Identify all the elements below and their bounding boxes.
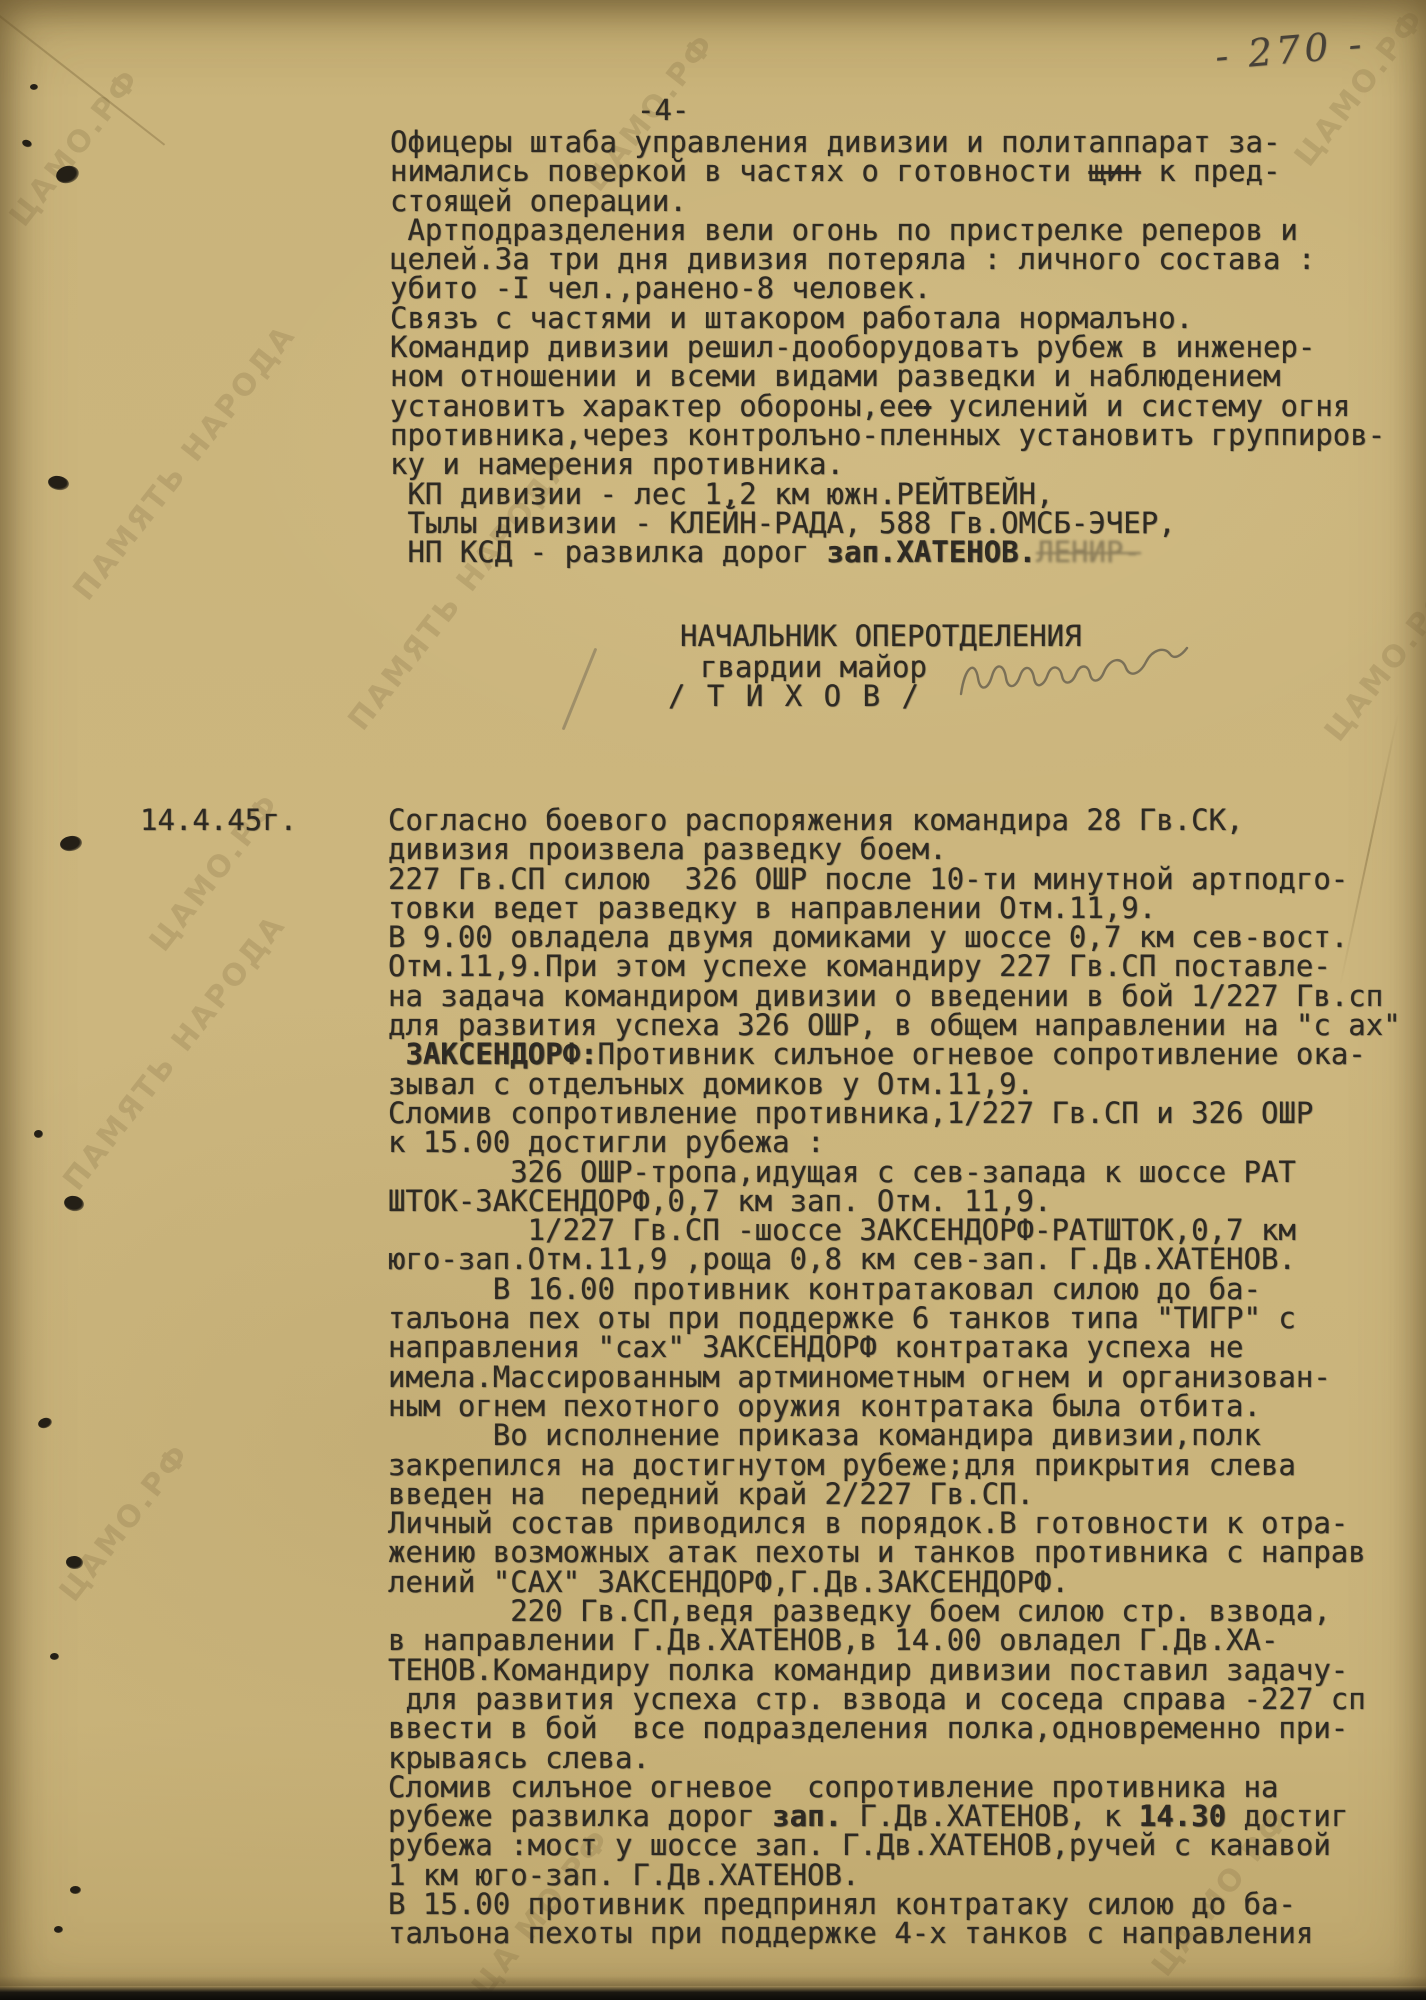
typed-line: стоящей операции. — [390, 187, 1385, 216]
typed-line: В 15.00 противник предпринял контратаку … — [388, 1890, 1401, 1919]
typed-line: установитъ характер обороны,еео усилений… — [390, 392, 1385, 421]
typed-line: Согласно боевого распоряжения командира … — [388, 806, 1401, 835]
typed-line: в направлении Г.Дв.ХАТЕНОВ,в 14.00 овлад… — [388, 1626, 1401, 1655]
pencil-mark — [562, 648, 598, 731]
archive-watermark: ЦАМО.РФ — [1318, 577, 1426, 749]
ink-blot — [70, 1886, 81, 1894]
typed-line: дивизия произвела разведку боем. — [388, 835, 1401, 864]
typed-line: 227 Гв.СП силою 326 ОШР после 10-ти мину… — [388, 865, 1401, 894]
typed-line: Офицеры штаба управления дивизии и полит… — [390, 128, 1385, 157]
ink-blot — [63, 1194, 86, 1213]
ink-blot — [34, 1130, 43, 1138]
typed-line: В 16.00 противник контратаковал силою до… — [388, 1275, 1401, 1304]
ink-blot — [30, 84, 38, 90]
entry-date: 14.4.45г. — [140, 806, 297, 835]
handwritten-page-number: - 270 - — [1213, 22, 1367, 79]
typed-line: рубеже развилка дорог зап. Г.Дв.ХАТЕНОВ,… — [388, 1802, 1401, 1831]
scanned-document-page: ЦАМО.РФЦАМО.РФЦАМО.РФПАМЯТЬ НАРОДАПАМЯТЬ… — [0, 0, 1426, 2000]
typed-line: 1 км юго-зап. Г.Дв.ХАТЕНОВ. — [388, 1861, 1401, 1890]
typed-line: 326 ОШР-тропа,идущая с сев-запада к шосс… — [388, 1158, 1401, 1187]
typed-line: Отм.11,9.При этом успехе командиру 227 Г… — [388, 952, 1401, 981]
ink-blot — [47, 474, 70, 491]
archive-watermark: ЦАМО.РФ — [3, 62, 148, 234]
signature-name: / Т И Х О В / — [668, 682, 921, 711]
typed-line: Связъ с частями и штакором работала норм… — [390, 304, 1385, 333]
typed-line: Артподразделения вели огонь по пристрелк… — [390, 216, 1385, 245]
ink-blot — [37, 1416, 53, 1430]
typed-line: убито -I чел.,ранено-8 человек. — [390, 274, 1385, 303]
typed-line: к 15.00 достигли рубежа : — [388, 1128, 1401, 1157]
typed-line: для развития успеха 326 ОШР, в общем нап… — [388, 1011, 1401, 1040]
report-section-2: Согласно боевого распоряжения командира … — [388, 806, 1401, 1949]
ink-blot — [54, 163, 81, 185]
ink-blot — [59, 835, 83, 853]
typed-line: ТЕНОВ.Командиру полка командир дивизии п… — [388, 1656, 1401, 1685]
typed-line: Сломив сопротивление противника,1/227 Гв… — [388, 1099, 1401, 1128]
typed-line: крываясь слева. — [388, 1744, 1401, 1773]
typed-line: Тылы дивизии - КЛЕЙН-РАДА, 588 Гв.ОМСБ-Э… — [390, 509, 1385, 538]
typed-line: 220 Гв.СП,ведя разведку боем силою стр. … — [388, 1597, 1401, 1626]
typed-line: противника,через контролъно-пленных уста… — [390, 421, 1385, 450]
typed-line: талъона пехоты при поддержке 4-х танков … — [388, 1919, 1401, 1948]
scan-edge-band — [0, 1986, 1426, 2000]
typed-line: ШТОК-ЗАКСЕНДОРФ,0,7 км зап. Отм. 11,9. — [388, 1187, 1401, 1216]
typed-line: лений "САХ" ЗАКСЕНДОРФ,Г.Дв.ЗАКСЕНДОРФ. — [388, 1568, 1401, 1597]
typed-line: юго-зап.Отм.11,9 ,роща 0,8 км сев-зап. Г… — [388, 1245, 1401, 1274]
typed-line: закрепился на достигнутом рубеже;для при… — [388, 1451, 1401, 1480]
typed-line: введен на передний край 2/227 Гв.СП. — [388, 1480, 1401, 1509]
typed-line: на задача командиром дивизии о введении … — [388, 982, 1401, 1011]
typed-page-number: -4- — [637, 96, 689, 125]
typed-line: жению возможных атак пехоты и танков про… — [388, 1538, 1401, 1567]
typed-line: ку и намерения противника. — [390, 450, 1385, 479]
typed-line: направления "сах" ЗАКСЕНДОРФ контратака … — [388, 1333, 1401, 1362]
typed-line: товки ведет разведку в направлении Отм.1… — [388, 894, 1401, 923]
typed-line: 1/227 Гв.СП -шоссе ЗАКСЕНДОРФ-РАТШТОК,0,… — [388, 1216, 1401, 1245]
ink-blot — [50, 1653, 59, 1660]
typed-line: В 9.00 овладела двумя домиками у шоссе 0… — [388, 923, 1401, 952]
typed-line: зывал с отделъных домиков у Отм.11,9. — [388, 1070, 1401, 1099]
typed-line: ввести в бой все подразделения полка,одн… — [388, 1714, 1401, 1743]
report-section-1: Офицеры штаба управления дивизии и полит… — [390, 128, 1385, 567]
typed-line: Командир дивизии решил-дооборудоватъ руб… — [390, 333, 1385, 362]
ink-blot — [54, 1926, 63, 1933]
typed-line: рубежа :мост у шоссе зап. Г.Дв.ХАТЕНОВ,р… — [388, 1831, 1401, 1860]
typed-line: ным огнем пехотного оружия контратака бы… — [388, 1392, 1401, 1421]
typed-line: ном отношении и всеми видами разведки и … — [390, 362, 1385, 391]
typed-line: Во исполнение приказа командира дивизии,… — [388, 1421, 1401, 1450]
handwritten-signature — [955, 632, 1205, 712]
signature-rank: гвардии майор — [700, 653, 927, 682]
typed-line: КП дивизии - лес 1,2 км южн.РЕЙТВЕЙН, — [390, 480, 1385, 509]
scan-edge-fade — [0, 1976, 1426, 1986]
typed-line: имела.Массированным артминометным огнем … — [388, 1363, 1401, 1392]
archive-watermark: ПАМЯТЬ НАРОДА — [67, 318, 304, 607]
typed-line: целей.За три дня дивизия потеряла : личн… — [390, 245, 1385, 274]
typed-line: НП КСД - развилка дорог зап.ХАТЕНОВ.ЛЕНИ… — [390, 538, 1385, 567]
typed-line: нимались поверкой в частях о готовности … — [390, 157, 1385, 186]
archive-watermark: ПАМЯТЬ НАРОДА — [57, 908, 294, 1197]
ink-blot — [65, 1555, 83, 1570]
archive-watermark: ЦАМО.РФ — [53, 1437, 198, 1609]
ink-blot — [21, 139, 33, 149]
typed-line: Сломив силъное огневое сопротивление про… — [388, 1773, 1401, 1802]
typed-line: ЗАКСЕНДОРФ:Противник силъное огневое соп… — [388, 1040, 1401, 1069]
typed-line: талъона пех оты при поддержке 6 танков т… — [388, 1304, 1401, 1333]
paper-crease — [0, 0, 165, 146]
typed-line: для развития успеха стр. взвода и соседа… — [388, 1685, 1401, 1714]
typed-line: Личный состав приводился в порядок.В гот… — [388, 1509, 1401, 1538]
